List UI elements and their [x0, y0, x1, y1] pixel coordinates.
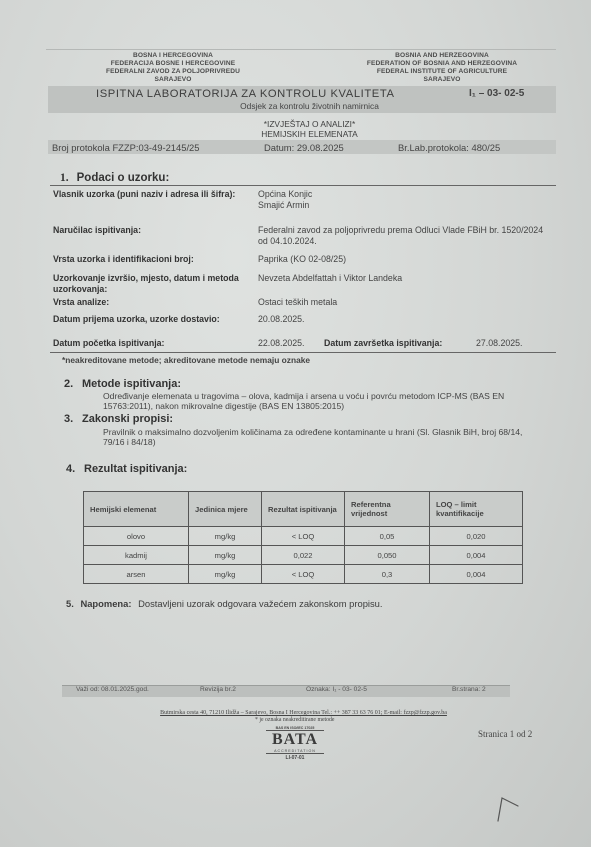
- cell-result: < LOQ: [262, 565, 345, 584]
- header-right-line: FEDERATION OF BOSNIA AND HERZEGOVINA: [352, 60, 532, 68]
- bata-accreditation-logo: BAS EN ISO/IEC 17025 BATA ACCREDITATION …: [266, 726, 324, 774]
- cell-result: 0,022: [262, 546, 345, 565]
- field-label-owner: Vlasnik uzorka (puni naziv i adresa ili …: [53, 189, 253, 200]
- accreditation-footnote: *neakreditovane metode; akreditovane met…: [62, 355, 310, 365]
- cell-reference: 0,05: [345, 527, 430, 546]
- cell-reference: 0,050: [345, 546, 430, 565]
- section-4-heading: 4.Rezultat ispitivanja:: [66, 463, 187, 475]
- field-label-end-date: Datum završetka ispitivanja:: [324, 338, 474, 349]
- column-header: LOQ – limit kvantifikacije: [430, 492, 523, 527]
- field-label-analysis-type: Vrsta analize:: [53, 297, 253, 308]
- page-of-label: Stranica 1 od 2: [478, 729, 532, 739]
- field-label-sample-type: Vrsta uzorka i identifikacioni broj:: [53, 254, 253, 265]
- field-value-end-date: 27.08.2025.: [476, 338, 556, 349]
- cell-unit: mg/kg: [189, 565, 262, 584]
- cell-loq: 0,020: [430, 527, 523, 546]
- table-row: kadmij mg/kg 0,022 0,050 0,004: [84, 546, 523, 565]
- section-number: 2.: [64, 378, 82, 390]
- top-rule: [46, 49, 556, 50]
- header-left-line: BOSNA I HERCEGOVINA: [88, 52, 258, 60]
- note-body: Dostavljeni uzorak odgovara važećem zako…: [138, 598, 382, 609]
- lab-protocol-number: Br.Lab.protokola: 480/25: [398, 142, 500, 153]
- logo-text: BATA: [272, 731, 318, 748]
- header-left-line: FEDERACIJA BOSNE I HERCEGOVINE: [88, 60, 258, 68]
- section-2-body: Određivanje elemenata u tragovima – olov…: [103, 391, 543, 411]
- header-left: BOSNA I HERCEGOVINA FEDERACIJA BOSNE I H…: [88, 52, 258, 84]
- lab-title: ISPITNA LABORATORIJA ZA KONTROLU KVALITE…: [96, 88, 395, 100]
- column-header: Jedinica mjere: [189, 492, 262, 527]
- column-header: Rezultat ispitivanja: [262, 492, 345, 527]
- accreditation-label: ACCREDITATION: [266, 749, 324, 754]
- section-title: Podaci o uzorku:: [77, 172, 170, 184]
- report-subtitle: HEMIJSKIH ELEMENATA: [28, 129, 591, 139]
- section-number: 3.: [64, 413, 82, 425]
- footer-address: Butmirska cesta 40, 71210 Ilidža – Saraj…: [0, 710, 591, 716]
- results-table: Hemijski elemenat Jedinica mjere Rezulta…: [83, 491, 523, 584]
- field-value-sampling: Nevzeta Abdelfattah i Viktor Landeka: [258, 273, 558, 284]
- column-header: Referentna vrijednost: [345, 492, 430, 527]
- cell-element: arsen: [84, 565, 189, 584]
- report-date: Datum: 29.08.2025: [264, 142, 344, 153]
- report-title: *IZVJEŠTAJ O ANALIZI*: [28, 119, 591, 129]
- field-value-sample-type: Paprika (KO 02-08/25): [258, 254, 558, 265]
- section-number: 1.: [60, 172, 69, 184]
- field-value-client: Federalni zavod za poljoprivredu prema O…: [258, 225, 548, 247]
- department: Odsjek za kontrolu životnih namirnica: [0, 101, 591, 111]
- section-title: Zakonski propisi:: [82, 413, 173, 425]
- section-3-body: Pravilnik o maksimalno dozvoljenim količ…: [103, 427, 543, 447]
- cell-reference: 0,3: [345, 565, 430, 584]
- footer-mark: Oznaka: I₁ - 03- 02-5: [306, 686, 367, 693]
- footer-valid-from: Važi od: 08.01.2025.god.: [76, 686, 149, 693]
- results-header-row: Hemijski elemenat Jedinica mjere Rezulta…: [84, 492, 523, 527]
- section-1-heading: 1.Podaci o uzorku:: [60, 172, 169, 184]
- table-row: arsen mg/kg < LOQ 0,3 0,004: [84, 565, 523, 584]
- header-right-line: SARAJEVO: [352, 76, 532, 84]
- header-right-line: BOSNIA AND HERZEGOVINA: [352, 52, 532, 60]
- protocol-number: Broj protokola FZZP:03-49-2145/25: [52, 142, 199, 153]
- header-right: BOSNIA AND HERZEGOVINA FEDERATION OF BOS…: [352, 52, 532, 84]
- cell-element: kadmij: [84, 546, 189, 565]
- bata-logo-icon: BATA: [266, 731, 324, 749]
- header-left-line: SARAJEVO: [88, 76, 258, 84]
- header-right-line: FEDERAL INSTITUTE OF AGRICULTURE: [352, 68, 532, 76]
- field-value-owner: Općina Konjic Smajić Armin: [258, 189, 558, 211]
- column-header: Hemijski elemenat: [84, 492, 189, 527]
- cell-element: olovo: [84, 527, 189, 546]
- section-5-note: 5. Napomena: Dostavljeni uzorak odgovara…: [66, 598, 383, 609]
- cell-unit: mg/kg: [189, 527, 262, 546]
- field-label-client: Naručilac ispitivanja:: [53, 225, 253, 236]
- cell-loq: 0,004: [430, 565, 523, 584]
- table-row: olovo mg/kg < LOQ 0,05 0,020: [84, 527, 523, 546]
- section-1-rule: [50, 185, 556, 186]
- section-title: Rezultat ispitivanja:: [84, 463, 187, 475]
- field-value-analysis-type: Ostaci teških metala: [258, 297, 558, 308]
- section-number: 4.: [66, 463, 84, 475]
- footer-page-number: Br.strana: 2: [452, 686, 486, 693]
- pen-tick-mark-icon: [490, 795, 524, 825]
- report-title-block: *IZVJEŠTAJ O ANALIZI* HEMIJSKIH ELEMENAT…: [0, 119, 591, 139]
- section-2-heading: 2.Metode ispitivanja:: [64, 378, 181, 390]
- header-left-line: FEDERALNI ZAVOD ZA POLJOPRIVREDU: [88, 68, 258, 76]
- document-code: I₁ – 03- 02-5: [469, 88, 524, 99]
- non-accredited-note: * je oznaka neakreditirane metode: [255, 717, 335, 723]
- section-title: Napomena:: [80, 598, 131, 609]
- section-1-end-rule: [50, 352, 556, 353]
- accreditation-code: LI-07-01: [266, 755, 324, 761]
- document-page: BOSNA I HERCEGOVINA FEDERACIJA BOSNE I H…: [0, 0, 591, 847]
- cell-result: < LOQ: [262, 527, 345, 546]
- section-number: 5.: [66, 598, 74, 609]
- cell-unit: mg/kg: [189, 546, 262, 565]
- field-value-receipt-date: 20.08.2025.: [258, 314, 558, 325]
- field-label-start-date: Datum početka ispitivanja:: [53, 338, 253, 349]
- cell-loq: 0,004: [430, 546, 523, 565]
- field-label-receipt-date: Datum prijema uzorka, uzorke dostavio:: [53, 314, 233, 325]
- section-title: Metode ispitivanja:: [82, 378, 181, 390]
- section-3-heading: 3.Zakonski propisi:: [64, 413, 173, 425]
- field-label-sampling: Uzorkovanje izvršio, mjesto, datum i met…: [53, 273, 248, 295]
- footer-revision: Revizija br.2: [200, 686, 236, 693]
